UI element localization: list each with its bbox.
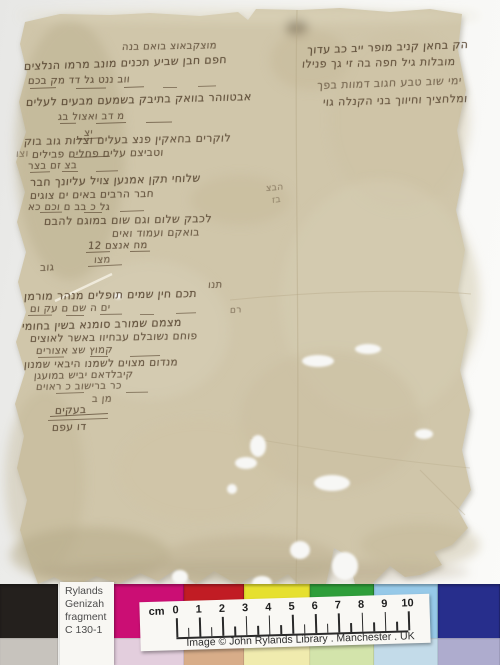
ruler-number: 8	[358, 599, 364, 611]
ruler-number: 9	[381, 598, 387, 610]
ruler-number: 2	[219, 603, 225, 615]
reference-line: Genizah	[65, 598, 114, 611]
ruler-tick-major	[338, 613, 340, 632]
ruler-tick-minor	[396, 622, 398, 631]
ruler-number: 1	[196, 603, 202, 615]
color-swatch	[438, 638, 500, 665]
color-swatch	[438, 584, 500, 638]
ruler-tick-major	[408, 611, 410, 630]
ruler-tick-major	[199, 618, 201, 637]
ruler-unit-label: cm	[148, 606, 164, 618]
ruler-tick-major	[222, 617, 224, 636]
ruler-tick-minor	[373, 622, 375, 631]
ruler-tick-major	[315, 614, 317, 633]
ruler-card: cm 012345678910 Image © John Rylands Lib…	[139, 594, 430, 652]
ruler-number: 5	[288, 601, 294, 613]
color-swatch	[0, 584, 58, 638]
reference-card: Rylands Genizah fragment C 130-1	[60, 582, 114, 665]
reference-line: C 130-1	[65, 624, 114, 637]
reference-line: Rylands	[65, 585, 114, 598]
color-calibration-bar	[0, 0, 500, 665]
ruler-number: 4	[265, 601, 271, 613]
color-swatch	[0, 638, 58, 665]
ruler-number: 6	[311, 600, 317, 612]
ruler-tick-minor	[234, 626, 236, 635]
ruler-tick-major	[385, 612, 387, 631]
ruler-tick-minor	[304, 624, 306, 633]
photo-stage: הק בחאן קניב מופר ייב כב עדוךמובלות גיל …	[0, 0, 500, 665]
ruler-number: 3	[242, 602, 248, 614]
ruler-tick-minor	[350, 623, 352, 632]
ruler-tick-minor	[188, 628, 190, 637]
ruler-tick-minor	[257, 626, 259, 635]
ruler-tick-minor	[280, 625, 282, 634]
ruler-number: 10	[401, 597, 414, 609]
ruler-tick-major	[269, 615, 271, 634]
ruler-number: 0	[172, 604, 178, 616]
ruler-number: 7	[335, 599, 341, 611]
ruler-tick-major	[361, 613, 363, 632]
ruler-tick-major	[245, 616, 247, 635]
reference-line: fragment	[65, 611, 114, 624]
ruler-tick-major	[292, 615, 294, 634]
ruler-tick-minor	[211, 627, 213, 636]
ruler-tick-major	[176, 618, 178, 637]
ruler-tick-minor	[327, 624, 329, 633]
